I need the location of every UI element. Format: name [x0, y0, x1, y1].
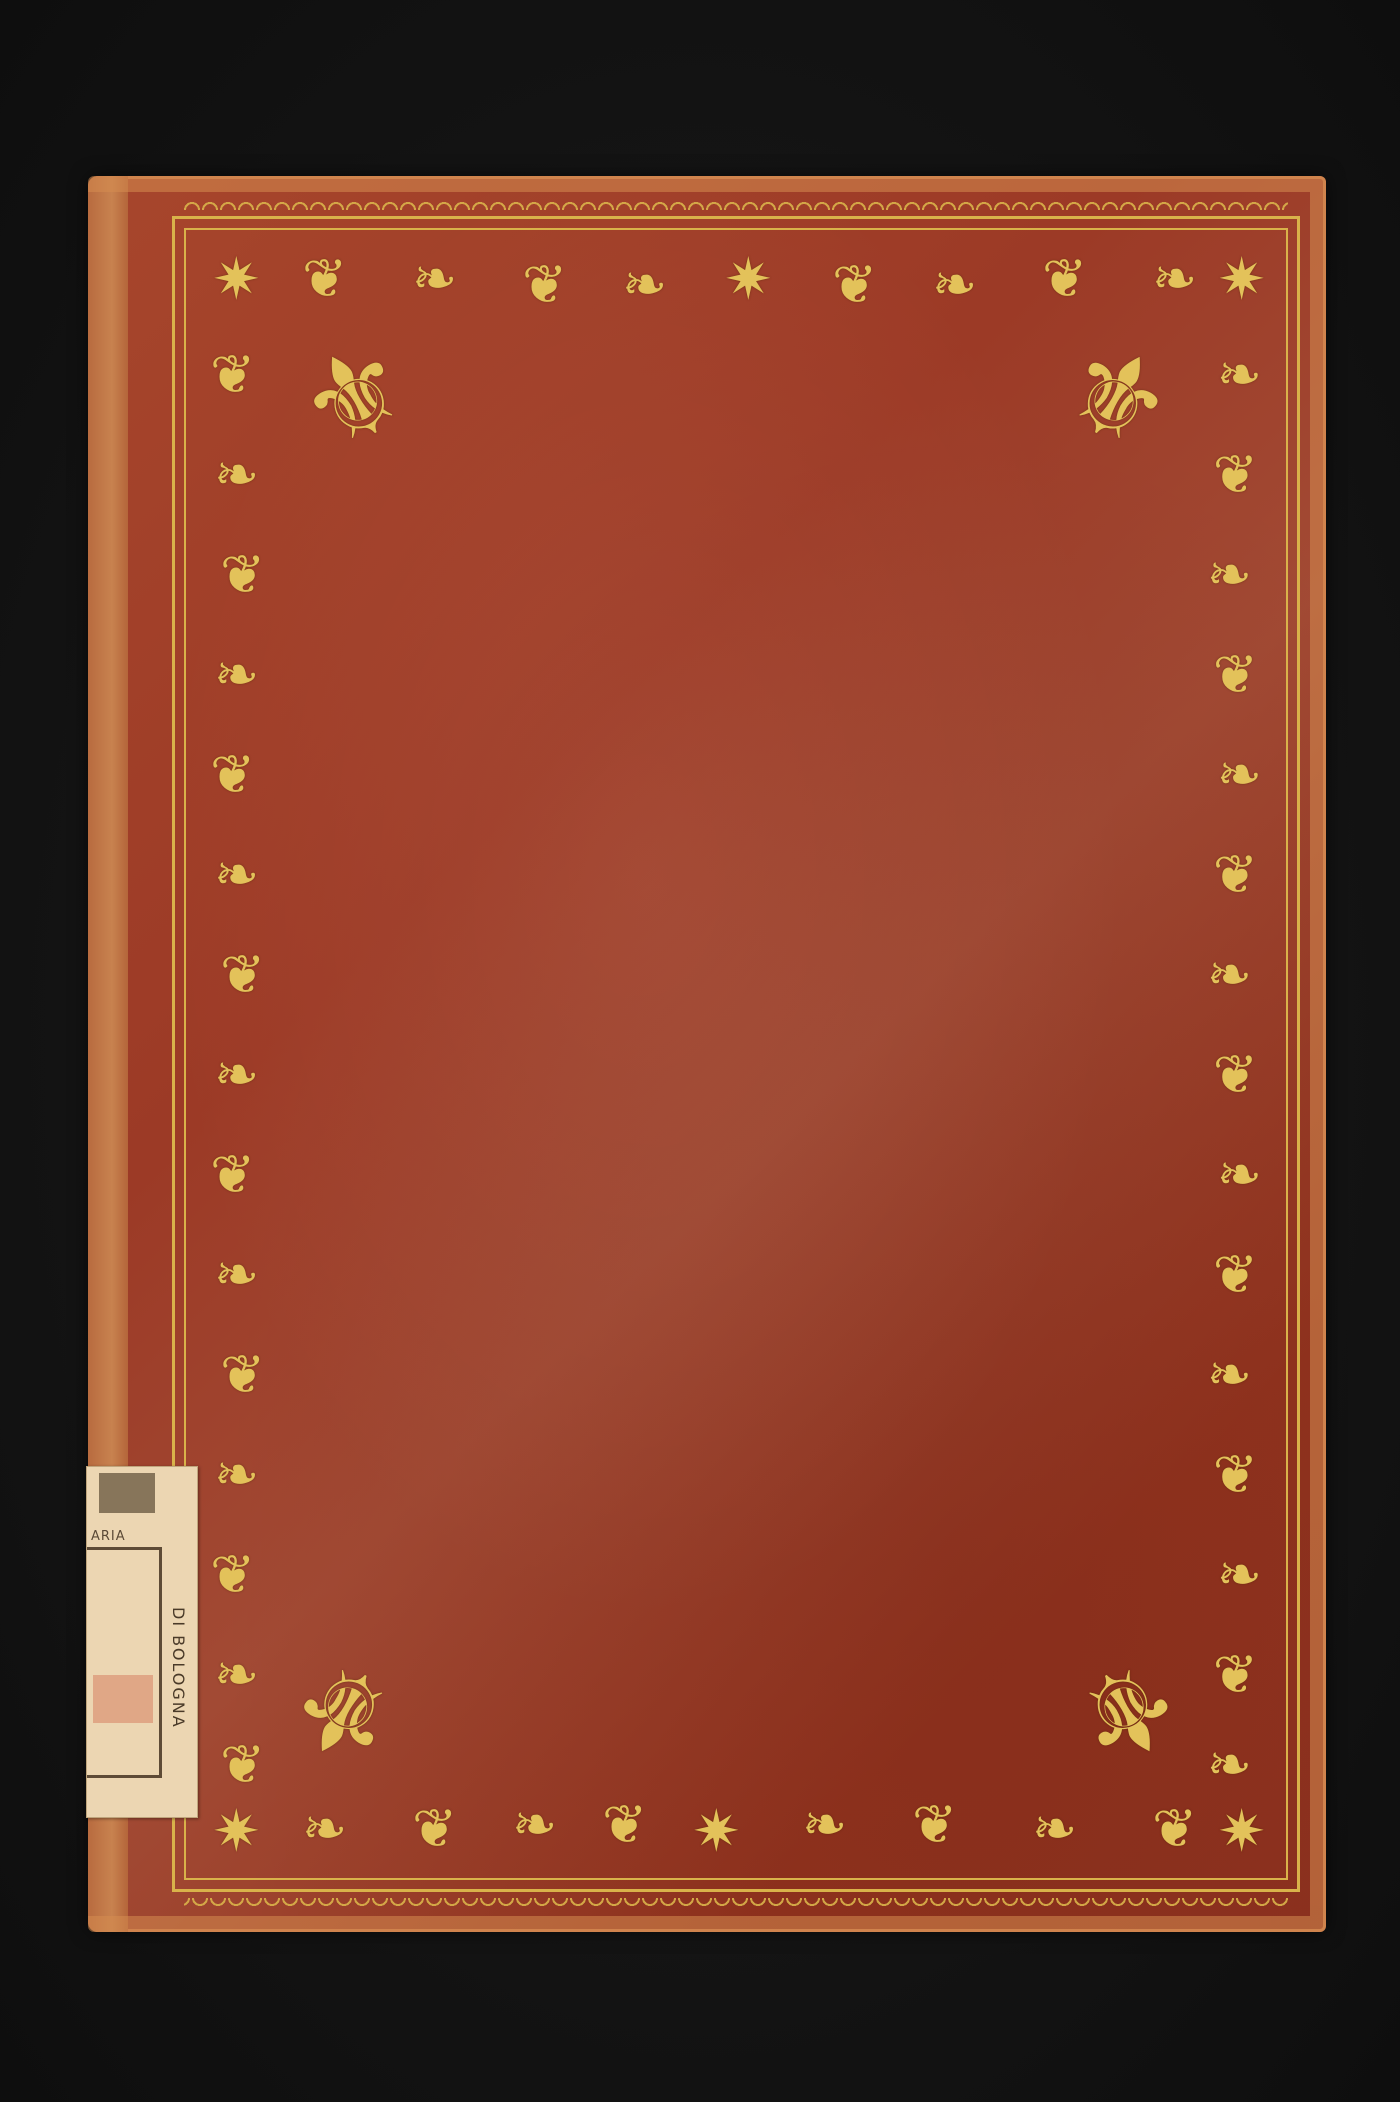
label-call-number-box	[87, 1547, 162, 1778]
star-ornament-icon: ✷	[1217, 250, 1266, 308]
scroll-ornament-icon: ❦	[210, 1548, 255, 1602]
ornamental-frame: ✷ ✷ ✷ ✷ ✷ ✷ ❦ ❧ ❦ ❧ ❦ ❧ ❦ ❧ ❧ ❦ ❧ ❦ ❧ ❦ …	[192, 238, 1280, 1870]
scroll-ornament-icon: ❧	[214, 848, 259, 902]
scroll-ornament-icon: ❦	[210, 348, 255, 402]
star-ornament-icon: ✷	[212, 250, 261, 308]
scroll-ornament-icon: ❧	[932, 258, 977, 312]
scroll-ornament-icon: ❦	[220, 1348, 265, 1402]
scroll-ornament-icon: ❦	[1213, 1648, 1258, 1702]
scalloped-border-bottom	[184, 1898, 1288, 1908]
scroll-ornament-icon: ❧	[1217, 748, 1262, 802]
scroll-ornament-icon: ❦	[220, 948, 265, 1002]
scroll-ornament-icon: ❦	[220, 1738, 265, 1792]
scroll-ornament-icon: ❧	[1032, 1802, 1077, 1856]
scroll-ornament-icon: ❦	[210, 1148, 255, 1202]
scroll-ornament-icon: ❧	[302, 1802, 347, 1856]
scroll-ornament-icon: ❦	[832, 258, 877, 312]
scroll-ornament-icon: ❦	[1213, 448, 1258, 502]
scroll-ornament-icon: ❦	[1042, 252, 1087, 306]
scroll-ornament-icon: ❦	[602, 1798, 647, 1852]
scroll-ornament-icon: ❧	[1217, 348, 1262, 402]
scroll-ornament-icon: ❧	[622, 258, 667, 312]
scroll-ornament-icon: ❧	[214, 1048, 259, 1102]
scroll-ornament-icon: ❧	[1152, 252, 1197, 306]
scroll-ornament-icon: ❧	[1207, 1348, 1252, 1402]
scroll-ornament-icon: ❦	[1213, 1448, 1258, 1502]
scroll-ornament-icon: ❧	[214, 1448, 259, 1502]
scroll-ornament-icon: ❦	[210, 748, 255, 802]
fleuron-sprig-icon: ⚜	[1050, 1631, 1203, 1789]
book-cover: ✷ ✷ ✷ ✷ ✷ ✷ ❦ ❧ ❦ ❧ ❦ ❧ ❦ ❧ ❧ ❦ ❧ ❦ ❧ ❦ …	[88, 176, 1326, 1932]
star-ornament-icon: ✷	[212, 1802, 261, 1860]
scroll-ornament-icon: ❧	[412, 252, 457, 306]
scroll-ornament-icon: ❦	[302, 252, 347, 306]
scroll-ornament-icon: ❦	[912, 1798, 957, 1852]
scroll-ornament-icon: ❧	[214, 1248, 259, 1302]
scroll-ornament-icon: ❧	[1207, 1738, 1252, 1792]
scroll-ornament-icon: ❦	[1152, 1802, 1197, 1856]
label-top-text: ARIA	[91, 1529, 126, 1544]
scroll-ornament-icon: ❧	[214, 448, 259, 502]
scroll-ornament-icon: ❧	[214, 648, 259, 702]
scroll-ornament-icon: ❧	[1207, 548, 1252, 602]
scroll-ornament-icon: ❧	[802, 1798, 847, 1852]
star-ornament-icon: ✷	[692, 1802, 741, 1860]
scroll-ornament-icon: ❦	[522, 258, 567, 312]
scroll-ornament-icon: ❦	[1213, 648, 1258, 702]
scroll-ornament-icon: ❦	[1213, 848, 1258, 902]
scroll-ornament-icon: ❦	[220, 548, 265, 602]
star-ornament-icon: ✷	[1217, 1802, 1266, 1860]
scroll-ornament-icon: ❧	[214, 1648, 259, 1702]
scalloped-border-top	[184, 200, 1288, 210]
scroll-ornament-icon: ❧	[1217, 1548, 1262, 1602]
scroll-ornament-icon: ❦	[1213, 1048, 1258, 1102]
library-emblem-icon	[99, 1473, 155, 1513]
star-ornament-icon: ✷	[724, 250, 773, 308]
scroll-ornament-icon: ❧	[512, 1798, 557, 1852]
fleuron-sprig-icon: ⚜	[269, 1631, 422, 1789]
scroll-ornament-icon: ❧	[1217, 1148, 1262, 1202]
fleuron-sprig-icon: ⚜	[1040, 319, 1193, 477]
library-shelf-label: ARIA DI BOLOGNA	[86, 1466, 198, 1818]
scroll-ornament-icon: ❦	[1213, 1248, 1258, 1302]
label-red-stamp	[93, 1675, 153, 1723]
scroll-ornament-icon: ❦	[412, 1802, 457, 1856]
label-side-text: DI BOLOGNA	[169, 1607, 188, 1729]
fleuron-sprig-icon: ⚜	[279, 319, 432, 477]
scroll-ornament-icon: ❧	[1207, 948, 1252, 1002]
